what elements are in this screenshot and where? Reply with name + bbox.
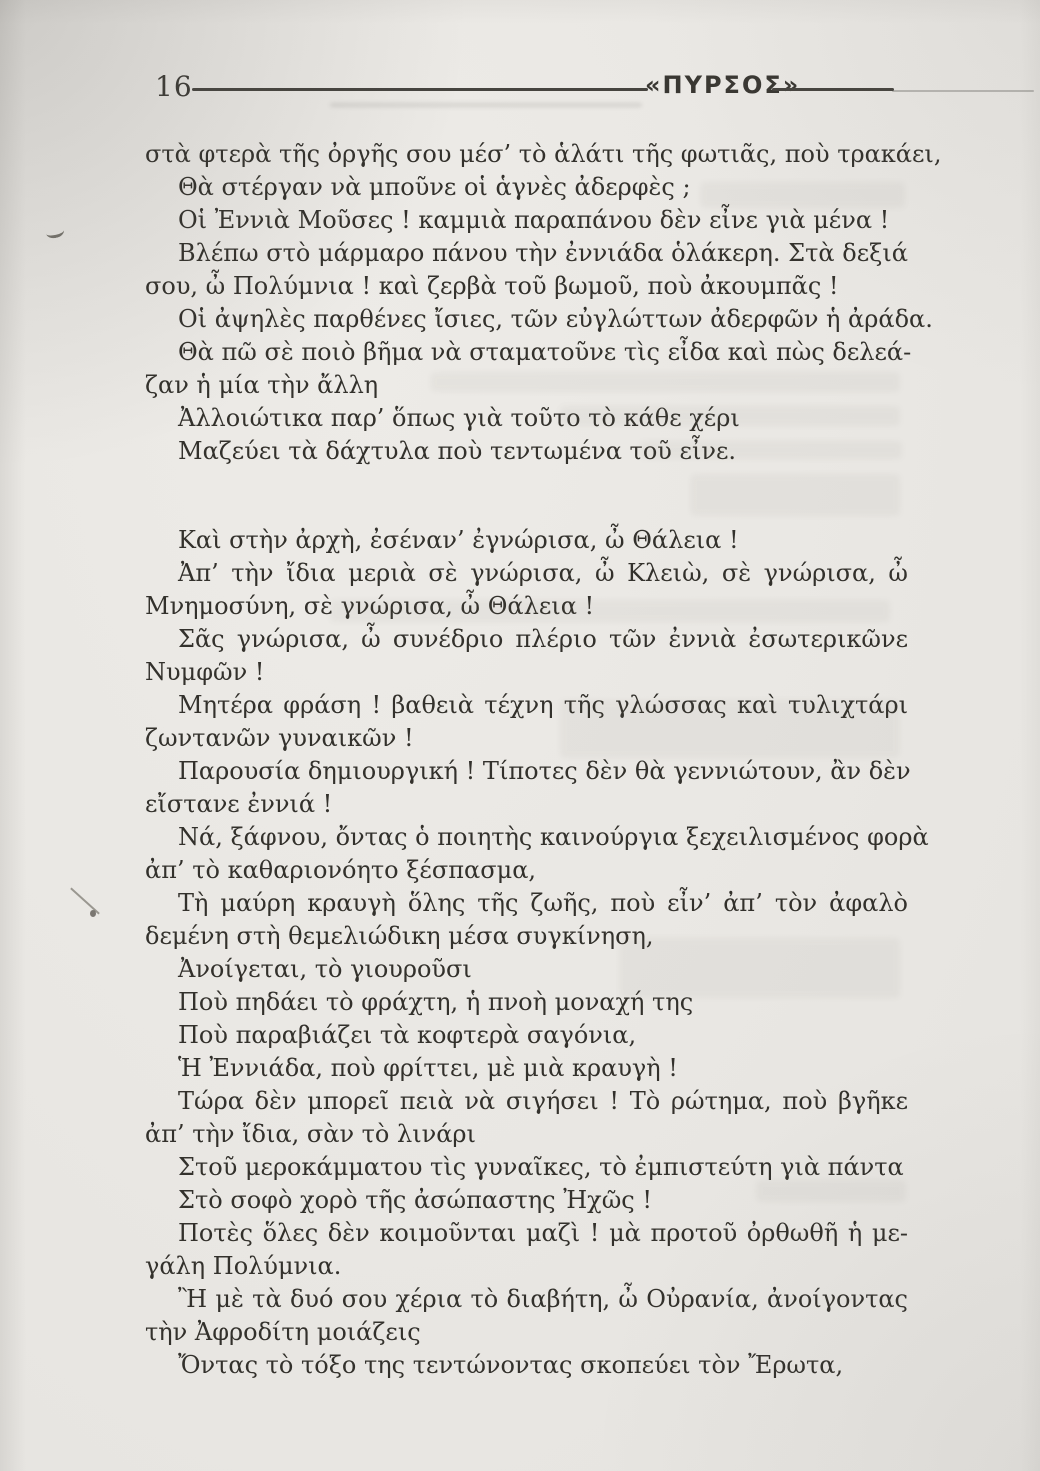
poem-line: Τώρα δὲν μπορεῖ πειὰ νὰ σιγήσει ! Τὸ ρώτ… bbox=[145, 1085, 908, 1118]
masthead-title: «ΠΥΡΣΟΣ» bbox=[645, 71, 775, 99]
poem-line: ζωντανῶν γυναικῶν ! bbox=[145, 722, 908, 755]
poem-line: Ποὺ πηδάει τὸ φράχτη, ἡ πνοὴ μοναχή της bbox=[145, 986, 908, 1019]
poem-text: στὰ φτερὰ τῆς ὀργῆς σου μέσ’ τὸ ἁλάτι τῆ… bbox=[145, 138, 908, 1382]
poem-line: Νά, ξάφνου, ὄντας ὁ ποιητὴς καινούργια ξ… bbox=[145, 821, 908, 854]
poem-line: σου, ὦ Πολύμνια ! καὶ ζερβὰ τοῦ βωμοῦ, π… bbox=[145, 270, 908, 303]
poem-line: γάλη Πολύμνια. bbox=[145, 1250, 908, 1283]
poem-line: Ὄντας τὸ τόξο της τεντώνοντας σκοπεύει τ… bbox=[145, 1349, 908, 1382]
poem-line: Θὰ πῶ σὲ ποιὸ βῆμα νὰ σταματοῦνε τὶς εἶδ… bbox=[145, 336, 908, 369]
header-rule-showthrough bbox=[330, 103, 642, 107]
poem-line: Ποτὲς ὅλες δὲν κοιμοῦνται μαζὶ ! μὰ προτ… bbox=[145, 1217, 908, 1250]
poem-line: Ἀλλοιώτικα παρ’ ὅπως γιὰ τοῦτο τὸ κάθε χ… bbox=[145, 402, 908, 435]
poem-line: Σᾶς γνώρισα, ὦ συνέδριο πλέριο τῶν ἐννιὰ… bbox=[145, 623, 908, 656]
header-rule-left bbox=[192, 88, 648, 91]
poem-line: Οἱ ἀψηλὲς παρθένες ἴσιες, τῶν εὐγλώττων … bbox=[145, 303, 908, 336]
poem-line: δεμένη στὴ θεμελιώδικη μέσα συγκίνηση, bbox=[145, 920, 908, 953]
scanned-page: 16 «ΠΥΡΣΟΣ» στὰ φτερὰ τῆς ὀργῆς σου μέσ’… bbox=[0, 0, 1040, 1471]
poem-line: ἀπ’ τὴν ἴδια, σὰν τὸ λινάρι bbox=[145, 1118, 908, 1151]
poem-line: Θὰ στέργαν νὰ μποῦνε οἱ ἁγνὲς ἀδερφὲς ; bbox=[145, 171, 908, 204]
poem-line: Ἢ μὲ τὰ δυό σου χέρια τὸ διαβήτη, ὦ Οὐρα… bbox=[145, 1283, 908, 1316]
poem-line: Νυμφῶν ! bbox=[145, 656, 908, 689]
poem-line: Μαζεύει τὰ δάχτυλα ποὺ τεντωμένα τοῦ εἶν… bbox=[145, 435, 908, 468]
poem-line: Οἱ Ἐννιὰ Μοῦσες ! καμμιὰ παραπάνου δὲν ε… bbox=[145, 204, 908, 237]
page-header: 16 «ΠΥΡΣΟΣ» bbox=[0, 0, 1040, 120]
header-rule-right bbox=[772, 88, 894, 91]
poem-line: Τὴ μαύρη κραυγὴ ὅλης τῆς ζωῆς, ποὺ εἶν’ … bbox=[145, 887, 908, 920]
poem-line: Στὸ σοφὸ χορὸ τῆς ἀσώπαστης Ἠχῶς ! bbox=[145, 1184, 908, 1217]
poem-line: Βλέπω στὸ μάρμαρο πάνου τὴν ἐννιάδα ὁλάκ… bbox=[145, 237, 908, 270]
ink-pen-stroke-dot bbox=[90, 910, 96, 917]
poem-line: στὰ φτερὰ τῆς ὀργῆς σου μέσ’ τὸ ἁλάτι τῆ… bbox=[145, 138, 908, 171]
poem-line: Καὶ στὴν ἀρχὴ, ἐσέναν’ ἐγνώρισα, ὦ Θάλει… bbox=[145, 524, 908, 557]
ink-check-mark bbox=[45, 224, 65, 239]
poem-line: Ἀνοίγεται, τὸ γιουροῦσι bbox=[145, 953, 908, 986]
poem-line: Στοῦ μεροκάμματου τὶς γυναῖκες, τὸ ἐμπισ… bbox=[145, 1151, 908, 1184]
poem-line: εἴστανε ἐννιά ! bbox=[145, 788, 908, 821]
poem-line: τὴν Ἀφροδίτη μοιάζεις bbox=[145, 1316, 908, 1349]
page-number: 16 bbox=[155, 70, 193, 103]
poem-line: Μητέρα φράση ! βαθειὰ τέχνη τῆς γλώσσας … bbox=[145, 689, 908, 722]
header-rule-tail bbox=[892, 90, 1034, 92]
poem-line: ζαν ἡ μία τὴν ἄλλη bbox=[145, 369, 908, 402]
poem-line: ἀπ’ τὸ καθαριονόητο ξέσπασμα, bbox=[145, 854, 908, 887]
poem-line: Παρουσία δημιουργική ! Τίποτες δὲν θὰ γε… bbox=[145, 755, 908, 788]
poem-line: Ἡ Ἐννιάδα, ποὺ φρίττει, μὲ μιὰ κραυγὴ ! bbox=[145, 1052, 908, 1085]
poem-line: Μνημοσύνη, σὲ γνώρισα, ὦ Θάλεια ! bbox=[145, 590, 908, 623]
poem-line: Ἀπ’ τὴν ἴδια μεριὰ σὲ γνώρισα, ὦ Κλειὼ, … bbox=[145, 557, 908, 590]
poem-line: Ποὺ παραβιάζει τὰ κοφτερὰ σαγόνια, bbox=[145, 1019, 908, 1052]
